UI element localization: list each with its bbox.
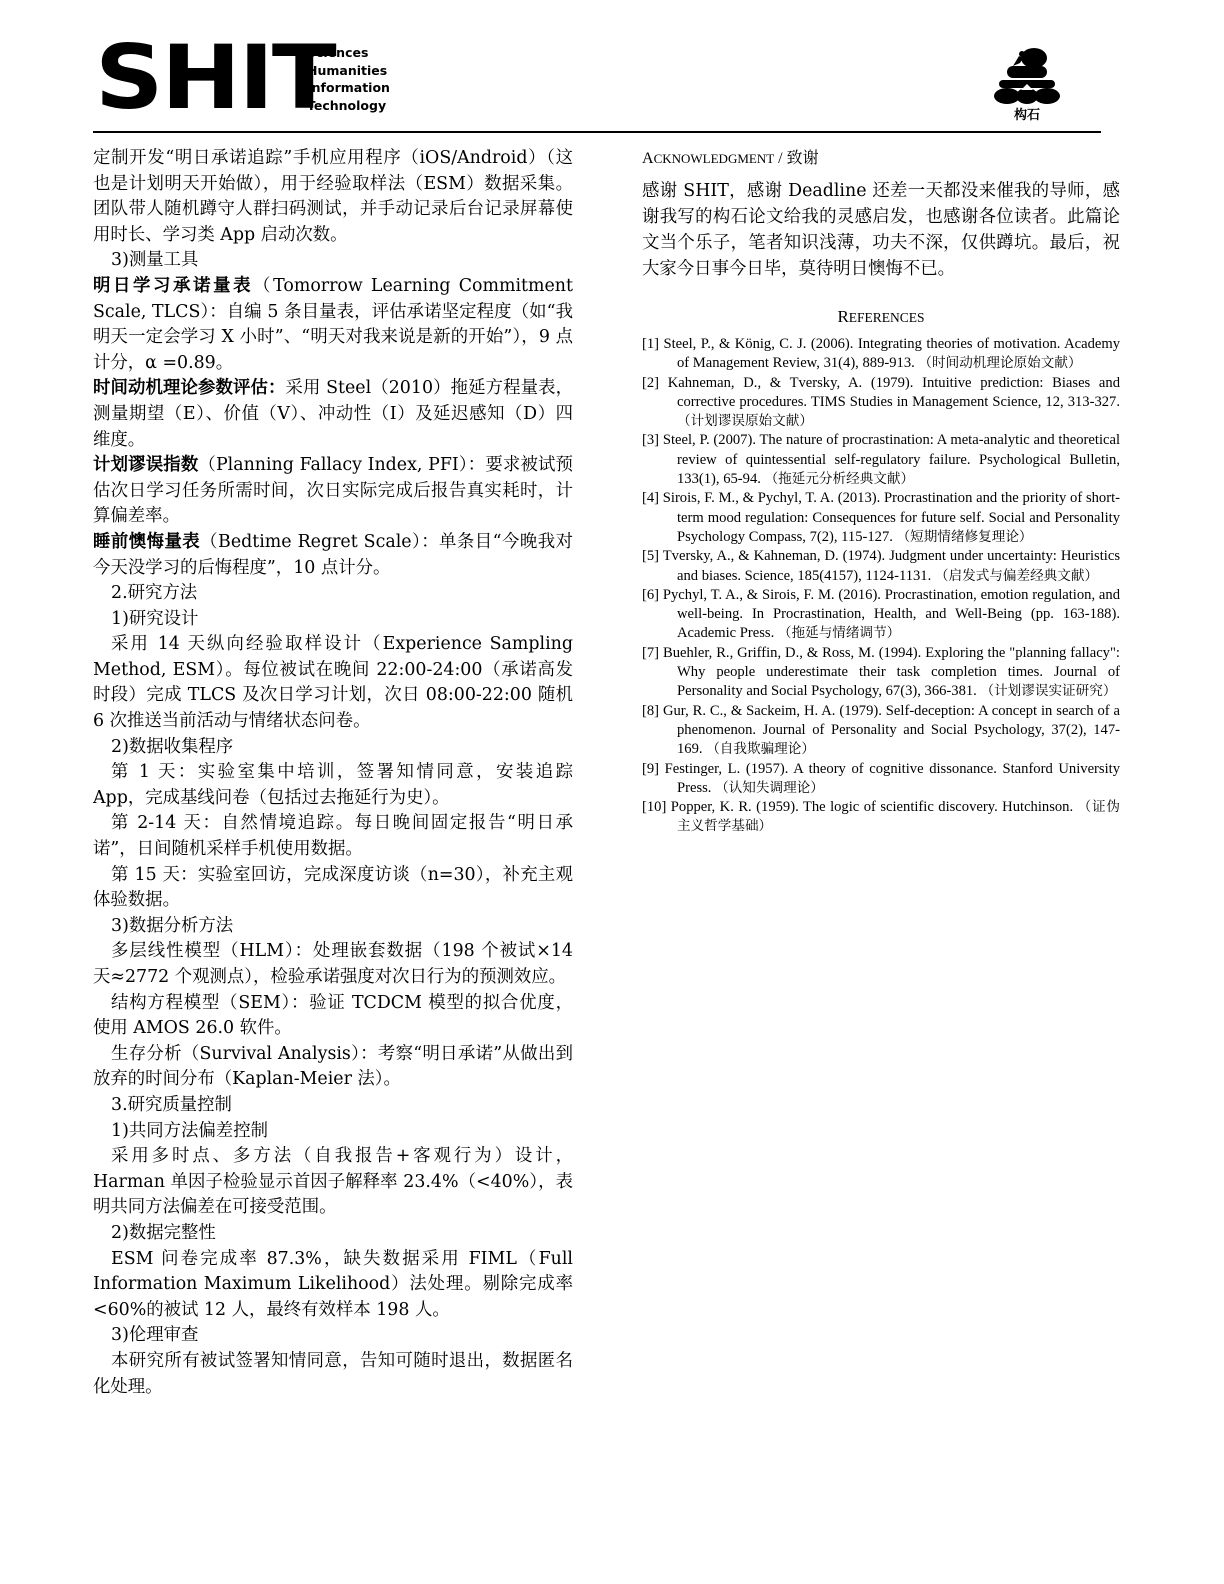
reference-item: [2] Kahneman, D., & Tversky, A. (1979). … bbox=[642, 374, 1120, 432]
instrument-term: 计划谬误指数 bbox=[93, 455, 198, 475]
ref-note: （计划谬误原始文献） bbox=[677, 413, 813, 429]
body-paragraph: 生存分析（Survival Analysis）：考察“明日承诺”从做出到放弃的时… bbox=[93, 1042, 573, 1093]
shit-logo: SHIT bbox=[95, 40, 335, 116]
reference-list: [1] Steel, P., & König, C. J. (2006). In… bbox=[642, 335, 1120, 837]
left-column: 定制开发“明日承诺追踪”手机应用程序（iOS/Android）（这也是计划明天开… bbox=[93, 146, 573, 1400]
ref-text: Popper, K. R. (1959). The logic of scien… bbox=[671, 799, 1073, 815]
section-heading: 3)数据分析方法 bbox=[93, 914, 573, 940]
ref-num: [2] bbox=[642, 375, 659, 391]
body-paragraph: 采用 14 天纵向经验取样设计（Experience Sampling Meth… bbox=[93, 632, 573, 734]
right-column: ACKNOWLEDGMENT / 致谢 感谢 SHIT，感谢 Deadline … bbox=[642, 148, 1120, 837]
ref-title-rest: EFERENCES bbox=[849, 310, 925, 325]
reference-item: [1] Steel, P., & König, C. J. (2006). In… bbox=[642, 335, 1120, 374]
reference-item: [5] Tversky, A., & Kahneman, D. (1974). … bbox=[642, 547, 1120, 586]
section-heading: 1)共同方法偏差控制 bbox=[93, 1119, 573, 1145]
rock-pile-emblem-icon: 构石 bbox=[993, 46, 1061, 122]
ref-num: [4] bbox=[642, 490, 659, 506]
ack-title-initial: A bbox=[642, 150, 654, 167]
ref-num: [10] bbox=[642, 799, 666, 815]
logo-subtitle-line: Humanities bbox=[307, 62, 390, 80]
section-heading: 3.研究质量控制 bbox=[93, 1093, 573, 1119]
ref-note: （认知失调理论） bbox=[715, 780, 824, 796]
section-heading: 2)数据完整性 bbox=[93, 1221, 573, 1247]
instrument-definition: 计划谬误指数（Planning Fallacy Index, PFI）：要求被试… bbox=[93, 453, 573, 530]
body-paragraph: 多层线性模型（HLM）：处理嵌套数据（198 个被试×14 天≈2772 个观测… bbox=[93, 939, 573, 990]
references-heading: REFERENCES bbox=[642, 306, 1120, 329]
header-divider bbox=[93, 131, 1101, 133]
reference-item: [4] Sirois, F. M., & Pychyl, T. A. (2013… bbox=[642, 489, 1120, 547]
ref-text: Kahneman, D., & Tversky, A. (1979). Intu… bbox=[668, 375, 1120, 410]
body-paragraph: ESM 问卷完成率 87.3%，缺失数据采用 FIML（Full Informa… bbox=[93, 1247, 573, 1324]
body-paragraph: 定制开发“明日承诺追踪”手机应用程序（iOS/Android）（这也是计划明天开… bbox=[93, 146, 573, 248]
logo-subtitle-line: Information bbox=[307, 79, 390, 97]
reference-item: [8] Gur, R. C., & Sackeim, H. A. (1979).… bbox=[642, 702, 1120, 760]
ref-note: （自我欺骗理论） bbox=[706, 741, 815, 757]
reference-item: [3] Steel, P. (2007). The nature of proc… bbox=[642, 431, 1120, 489]
ref-num: [3] bbox=[642, 432, 659, 448]
ack-title-cn: / 致谢 bbox=[774, 150, 818, 167]
acknowledgment-body: 感谢 SHIT，感谢 Deadline 还差一天都没来催我的导师，感谢我写的构石… bbox=[642, 178, 1120, 282]
ref-num: [1] bbox=[642, 336, 659, 352]
ref-num: [6] bbox=[642, 587, 659, 603]
body-paragraph: 第 2-14 天：自然情境追踪。每日晚间固定报告“明日承诺”，日间随机采样手机使… bbox=[93, 811, 573, 862]
body-paragraph: 本研究所有被试签署知情同意，告知可随时退出，数据匿名化处理。 bbox=[93, 1349, 573, 1400]
instrument-term: 时间动机理论参数评估： bbox=[93, 378, 285, 398]
ref-note: （启发式与偏差经典文献） bbox=[935, 568, 1098, 584]
ref-note: （时间动机理论原始文献） bbox=[918, 355, 1081, 371]
ack-title-rest: CKNOWLEDGMENT bbox=[654, 151, 775, 166]
reference-item: [6] Pychyl, T. A., & Sirois, F. M. (2016… bbox=[642, 586, 1120, 644]
section-heading: 2)数据收集程序 bbox=[93, 735, 573, 761]
reference-item: [9] Festinger, L. (1957). A theory of co… bbox=[642, 760, 1120, 799]
instrument-term: 睡前懊悔量表 bbox=[93, 532, 200, 552]
body-paragraph: 采用多时点、多方法（自我报告+客观行为）设计，Harman 单因子检验显示首因子… bbox=[93, 1144, 573, 1221]
ref-title-initial: R bbox=[837, 307, 848, 326]
instrument-definition: 时间动机理论参数评估：采用 Steel（2010）拖延方程量表，测量期望（E）、… bbox=[93, 376, 573, 453]
body-paragraph: 第 1 天：实验室集中培训，签署知情同意，安装追踪 App，完成基线问卷（包括过… bbox=[93, 760, 573, 811]
rock-pile-icon bbox=[993, 46, 1061, 104]
instrument-definition: 睡前懊悔量表（Bedtime Regret Scale）：单条目“今晚我对今天没… bbox=[93, 530, 573, 581]
section-heading: 3)伦理审查 bbox=[93, 1323, 573, 1349]
section-heading: 1)研究设计 bbox=[93, 607, 573, 633]
ref-note: （计划谬误实证研究） bbox=[980, 683, 1116, 699]
reference-item: [7] Buehler, R., Griffin, D., & Ross, M.… bbox=[642, 644, 1120, 702]
ref-note: （短期情绪修复理论） bbox=[897, 529, 1033, 545]
ref-num: [5] bbox=[642, 548, 659, 564]
body-paragraph: 结构方程模型（SEM）：验证 TCDCM 模型的拟合优度，使用 AMOS 26.… bbox=[93, 991, 573, 1042]
ref-num: [8] bbox=[642, 703, 659, 719]
section-heading: 3)测量工具 bbox=[93, 248, 573, 274]
section-heading: 2.研究方法 bbox=[93, 581, 573, 607]
page-header: SHIT Sciences Humanities Information Tec… bbox=[93, 40, 1101, 130]
ref-note: （拖延与情绪调节） bbox=[778, 625, 900, 641]
emblem-label: 构石 bbox=[993, 104, 1061, 123]
instrument-term: 明日学习承诺量表 bbox=[93, 276, 253, 296]
ref-note: （拖延元分析经典文献） bbox=[765, 471, 915, 487]
ref-text: Sirois, F. M., & Pychyl, T. A. (2013). P… bbox=[663, 490, 1120, 545]
reference-item: [10] Popper, K. R. (1959). The logic of … bbox=[642, 798, 1120, 837]
ref-num: [9] bbox=[642, 761, 659, 777]
acknowledgment-heading: ACKNOWLEDGMENT / 致谢 bbox=[642, 148, 1120, 170]
logo-subtitle-line: Sciences bbox=[307, 44, 390, 62]
ref-num: [7] bbox=[642, 645, 659, 661]
logo-subtitle: Sciences Humanities Information Technolo… bbox=[307, 44, 390, 114]
logo-subtitle-line: Technology bbox=[307, 97, 390, 115]
body-paragraph: 第 15 天：实验室回访，完成深度访谈（n=30），补充主观体验数据。 bbox=[93, 863, 573, 914]
instrument-definition: 明日学习承诺量表（Tomorrow Learning Commitment Sc… bbox=[93, 274, 573, 376]
